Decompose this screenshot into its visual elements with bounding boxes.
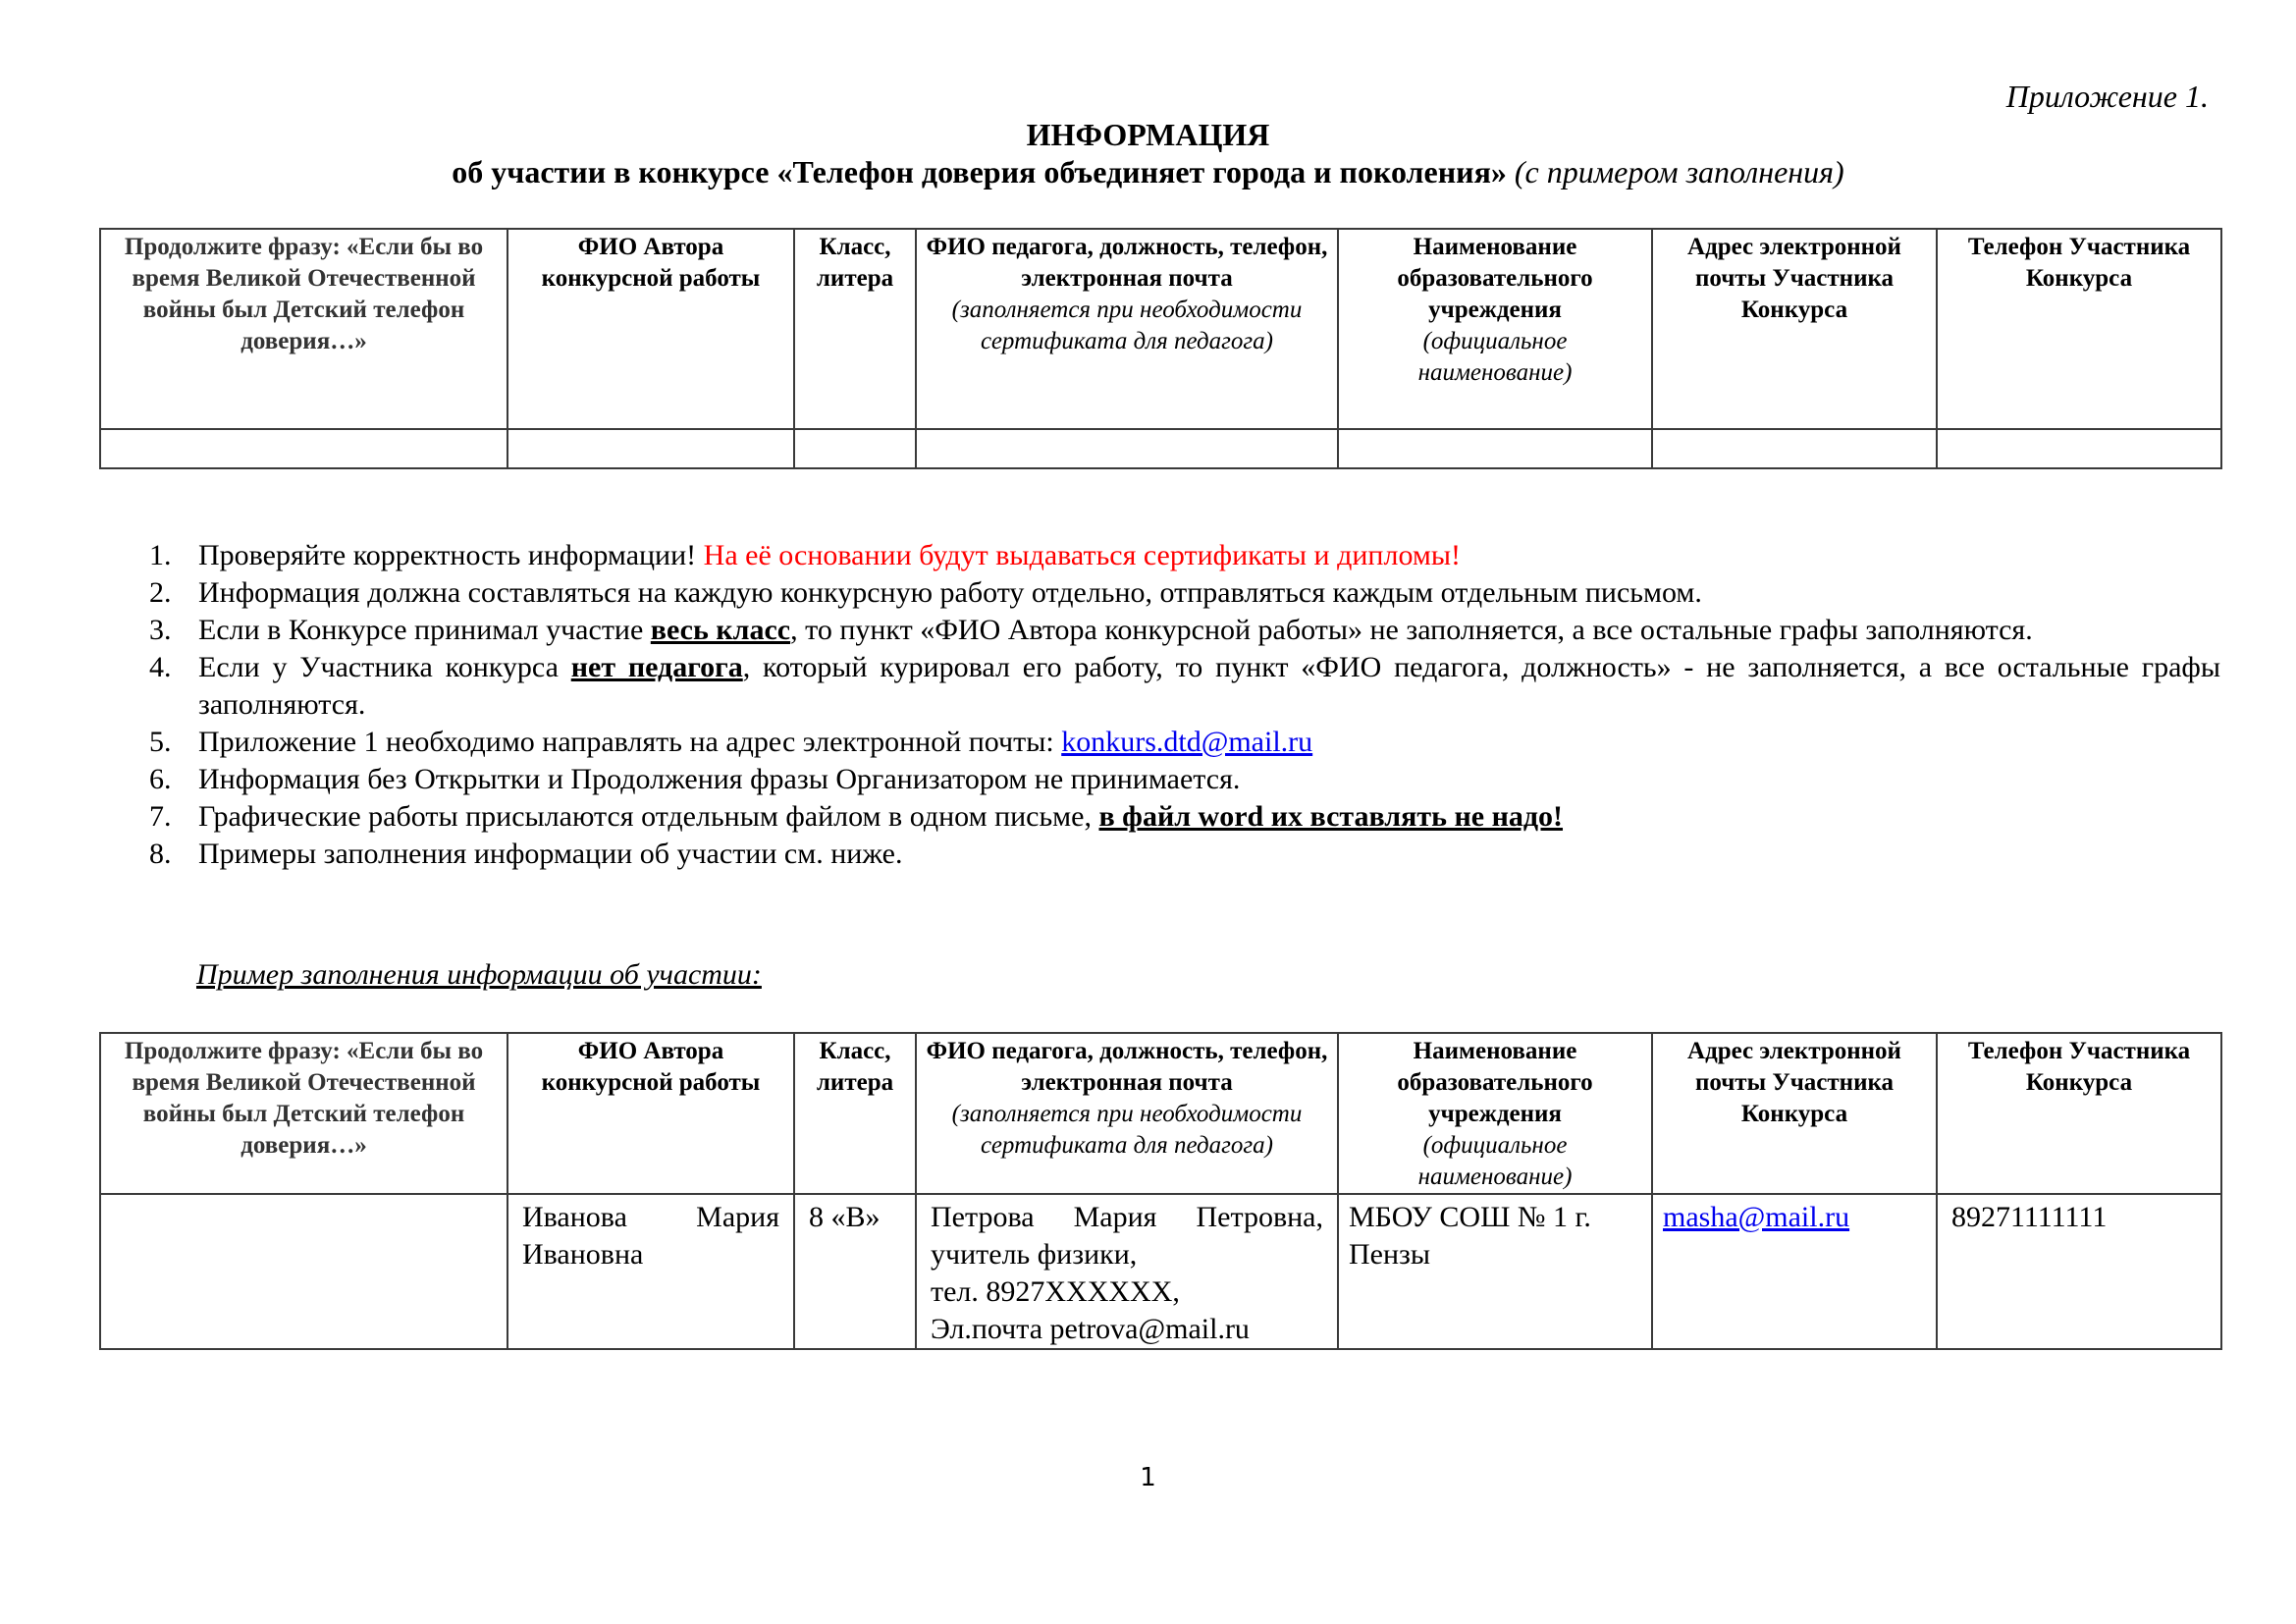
col-school: Наименование образовательного учреждения…	[1338, 229, 1652, 429]
example-email: masha@mail.ru	[1652, 1194, 1937, 1349]
appendix-label: Приложение 1.	[2006, 77, 2209, 116]
example-heading: Пример заполнения информации об участии:	[196, 956, 762, 994]
document-title: ИНФОРМАЦИЯ	[0, 115, 2296, 154]
list-item-text: Примеры заполнения информации об участии…	[198, 838, 902, 870]
col-school-note: (официальное наименование)	[1345, 326, 1645, 389]
table-row: Иванова Мария Ивановна 8 «В» Петрова Мар…	[100, 1194, 2221, 1349]
cell-class[interactable]	[794, 429, 916, 468]
cell-phrase[interactable]	[100, 429, 507, 468]
col-phone: Телефон Участника Конкурса	[1937, 1033, 2221, 1194]
email-link[interactable]: konkurs.dtd@mail.ru	[1061, 726, 1312, 758]
list-item-text: Информация должна составляться на каждую…	[198, 576, 1702, 609]
col-phone: Телефон Участника Конкурса	[1937, 229, 2221, 429]
cell-school[interactable]	[1338, 429, 1652, 468]
teacher-line: тел. 8927XXXXXX,	[931, 1273, 1323, 1311]
list-item-number: 1.	[149, 537, 172, 574]
col-phrase: Продолжите фразу: «Если бы во время Вели…	[100, 229, 507, 429]
col-email: Адрес электронной почты Участника Конкур…	[1652, 229, 1937, 429]
list-item-text: Если у Участника конкурса	[198, 651, 571, 683]
example-email-link[interactable]: masha@mail.ru	[1663, 1201, 1849, 1233]
list-item: 5.Приложение 1 необходимо направлять на …	[137, 724, 2220, 761]
col-author: ФИО Автора конкурсной работы	[507, 229, 794, 429]
list-item: 4.Если у Участника конкурса нет педагога…	[137, 649, 2220, 724]
list-item: 1.Проверяйте корректность информации! На…	[137, 537, 2220, 574]
example-phone: 89271111111	[1937, 1194, 2221, 1349]
table-header-row: Продолжите фразу: «Если бы во время Вели…	[100, 229, 2221, 429]
list-item: 7.Графические работы присылаются отдельн…	[137, 798, 2220, 836]
subtitle-main: об участии в конкурсе «Телефон доверия о…	[452, 154, 1507, 189]
list-item-number: 3.	[149, 612, 172, 649]
col-teacher-note: (заполняется при необходимости сертифика…	[923, 295, 1331, 357]
list-item-number: 4.	[149, 649, 172, 686]
list-item: 8.Примеры заполнения информации об участ…	[137, 836, 2220, 873]
table-header-row: Продолжите фразу: «Если бы во время Вели…	[100, 1033, 2221, 1194]
col-teacher: ФИО педагога, должность, телефон, электр…	[916, 229, 1338, 429]
cell-teacher[interactable]	[916, 429, 1338, 468]
teacher-line: Петрова Мария Петровна,	[931, 1199, 1323, 1236]
list-item-number: 6.	[149, 761, 172, 798]
emphasis-text: нет педагога	[571, 651, 743, 683]
col-class: Класс, литера	[794, 1033, 916, 1194]
page-number: 1	[0, 1461, 2296, 1494]
cell-email[interactable]	[1652, 429, 1937, 468]
instructions-list: 1.Проверяйте корректность информации! На…	[137, 537, 2220, 873]
col-class: Класс, литера	[794, 229, 916, 429]
example-school: МБОУ СОШ № 1 г. Пензы	[1338, 1194, 1652, 1349]
subtitle-note: (с примером заполнения)	[1515, 154, 1844, 189]
list-item-text: Приложение 1 необходимо направлять на ад…	[198, 726, 1061, 758]
list-item-number: 2.	[149, 574, 172, 612]
col-email: Адрес электронной почты Участника Конкур…	[1652, 1033, 1937, 1194]
warning-text: На её основании будут выдаваться сертифи…	[704, 539, 1461, 571]
document-subtitle: об участии в конкурсе «Телефон доверия о…	[0, 152, 2296, 191]
list-item: 3.Если в Конкурсе принимал участие весь …	[137, 612, 2220, 649]
col-phrase: Продолжите фразу: «Если бы во время Вели…	[100, 1033, 507, 1194]
cell-author[interactable]	[507, 429, 794, 468]
list-item-text: Информация без Открытки и Продолжения фр…	[198, 763, 1240, 795]
list-item-text: Если в Конкурсе принимал участие	[198, 614, 651, 646]
list-item-text: Графические работы присылаются отдельным…	[198, 800, 1098, 833]
col-author: ФИО Автора конкурсной работы	[507, 1033, 794, 1194]
list-item-number: 8.	[149, 836, 172, 873]
blank-form-table: Продолжите фразу: «Если бы во время Вели…	[99, 228, 2222, 469]
list-item-text: , то пункт «ФИО Автора конкурсной работы…	[790, 614, 2033, 646]
teacher-line: Эл.почта petrova@mail.ru	[931, 1311, 1323, 1348]
emphasis-text: весь класс	[651, 614, 790, 646]
list-item-number: 5.	[149, 724, 172, 761]
example-author: Иванова Мария Ивановна	[507, 1194, 794, 1349]
cell-phone[interactable]	[1937, 429, 2221, 468]
teacher-line: учитель физики,	[931, 1236, 1323, 1273]
col-school-note: (официальное наименование)	[1345, 1130, 1645, 1193]
col-school: Наименование образовательного учреждения…	[1338, 1033, 1652, 1194]
example-class: 8 «В»	[794, 1194, 916, 1349]
emphasis-text: в файл word их вставлять не надо!	[1098, 800, 1563, 833]
example-phrase	[100, 1194, 507, 1349]
example-teacher: Петрова Мария Петровна,учитель физики,те…	[916, 1194, 1338, 1349]
list-item-text: Проверяйте корректность информации!	[198, 539, 704, 571]
col-teacher-note: (заполняется при необходимости сертифика…	[923, 1099, 1331, 1162]
col-teacher: ФИО педагога, должность, телефон, электр…	[916, 1033, 1338, 1194]
example-table: Продолжите фразу: «Если бы во время Вели…	[99, 1032, 2222, 1350]
list-item: 6.Информация без Открытки и Продолжения …	[137, 761, 2220, 798]
list-item: 2.Информация должна составляться на кажд…	[137, 574, 2220, 612]
table-row	[100, 429, 2221, 468]
list-item-number: 7.	[149, 798, 172, 836]
